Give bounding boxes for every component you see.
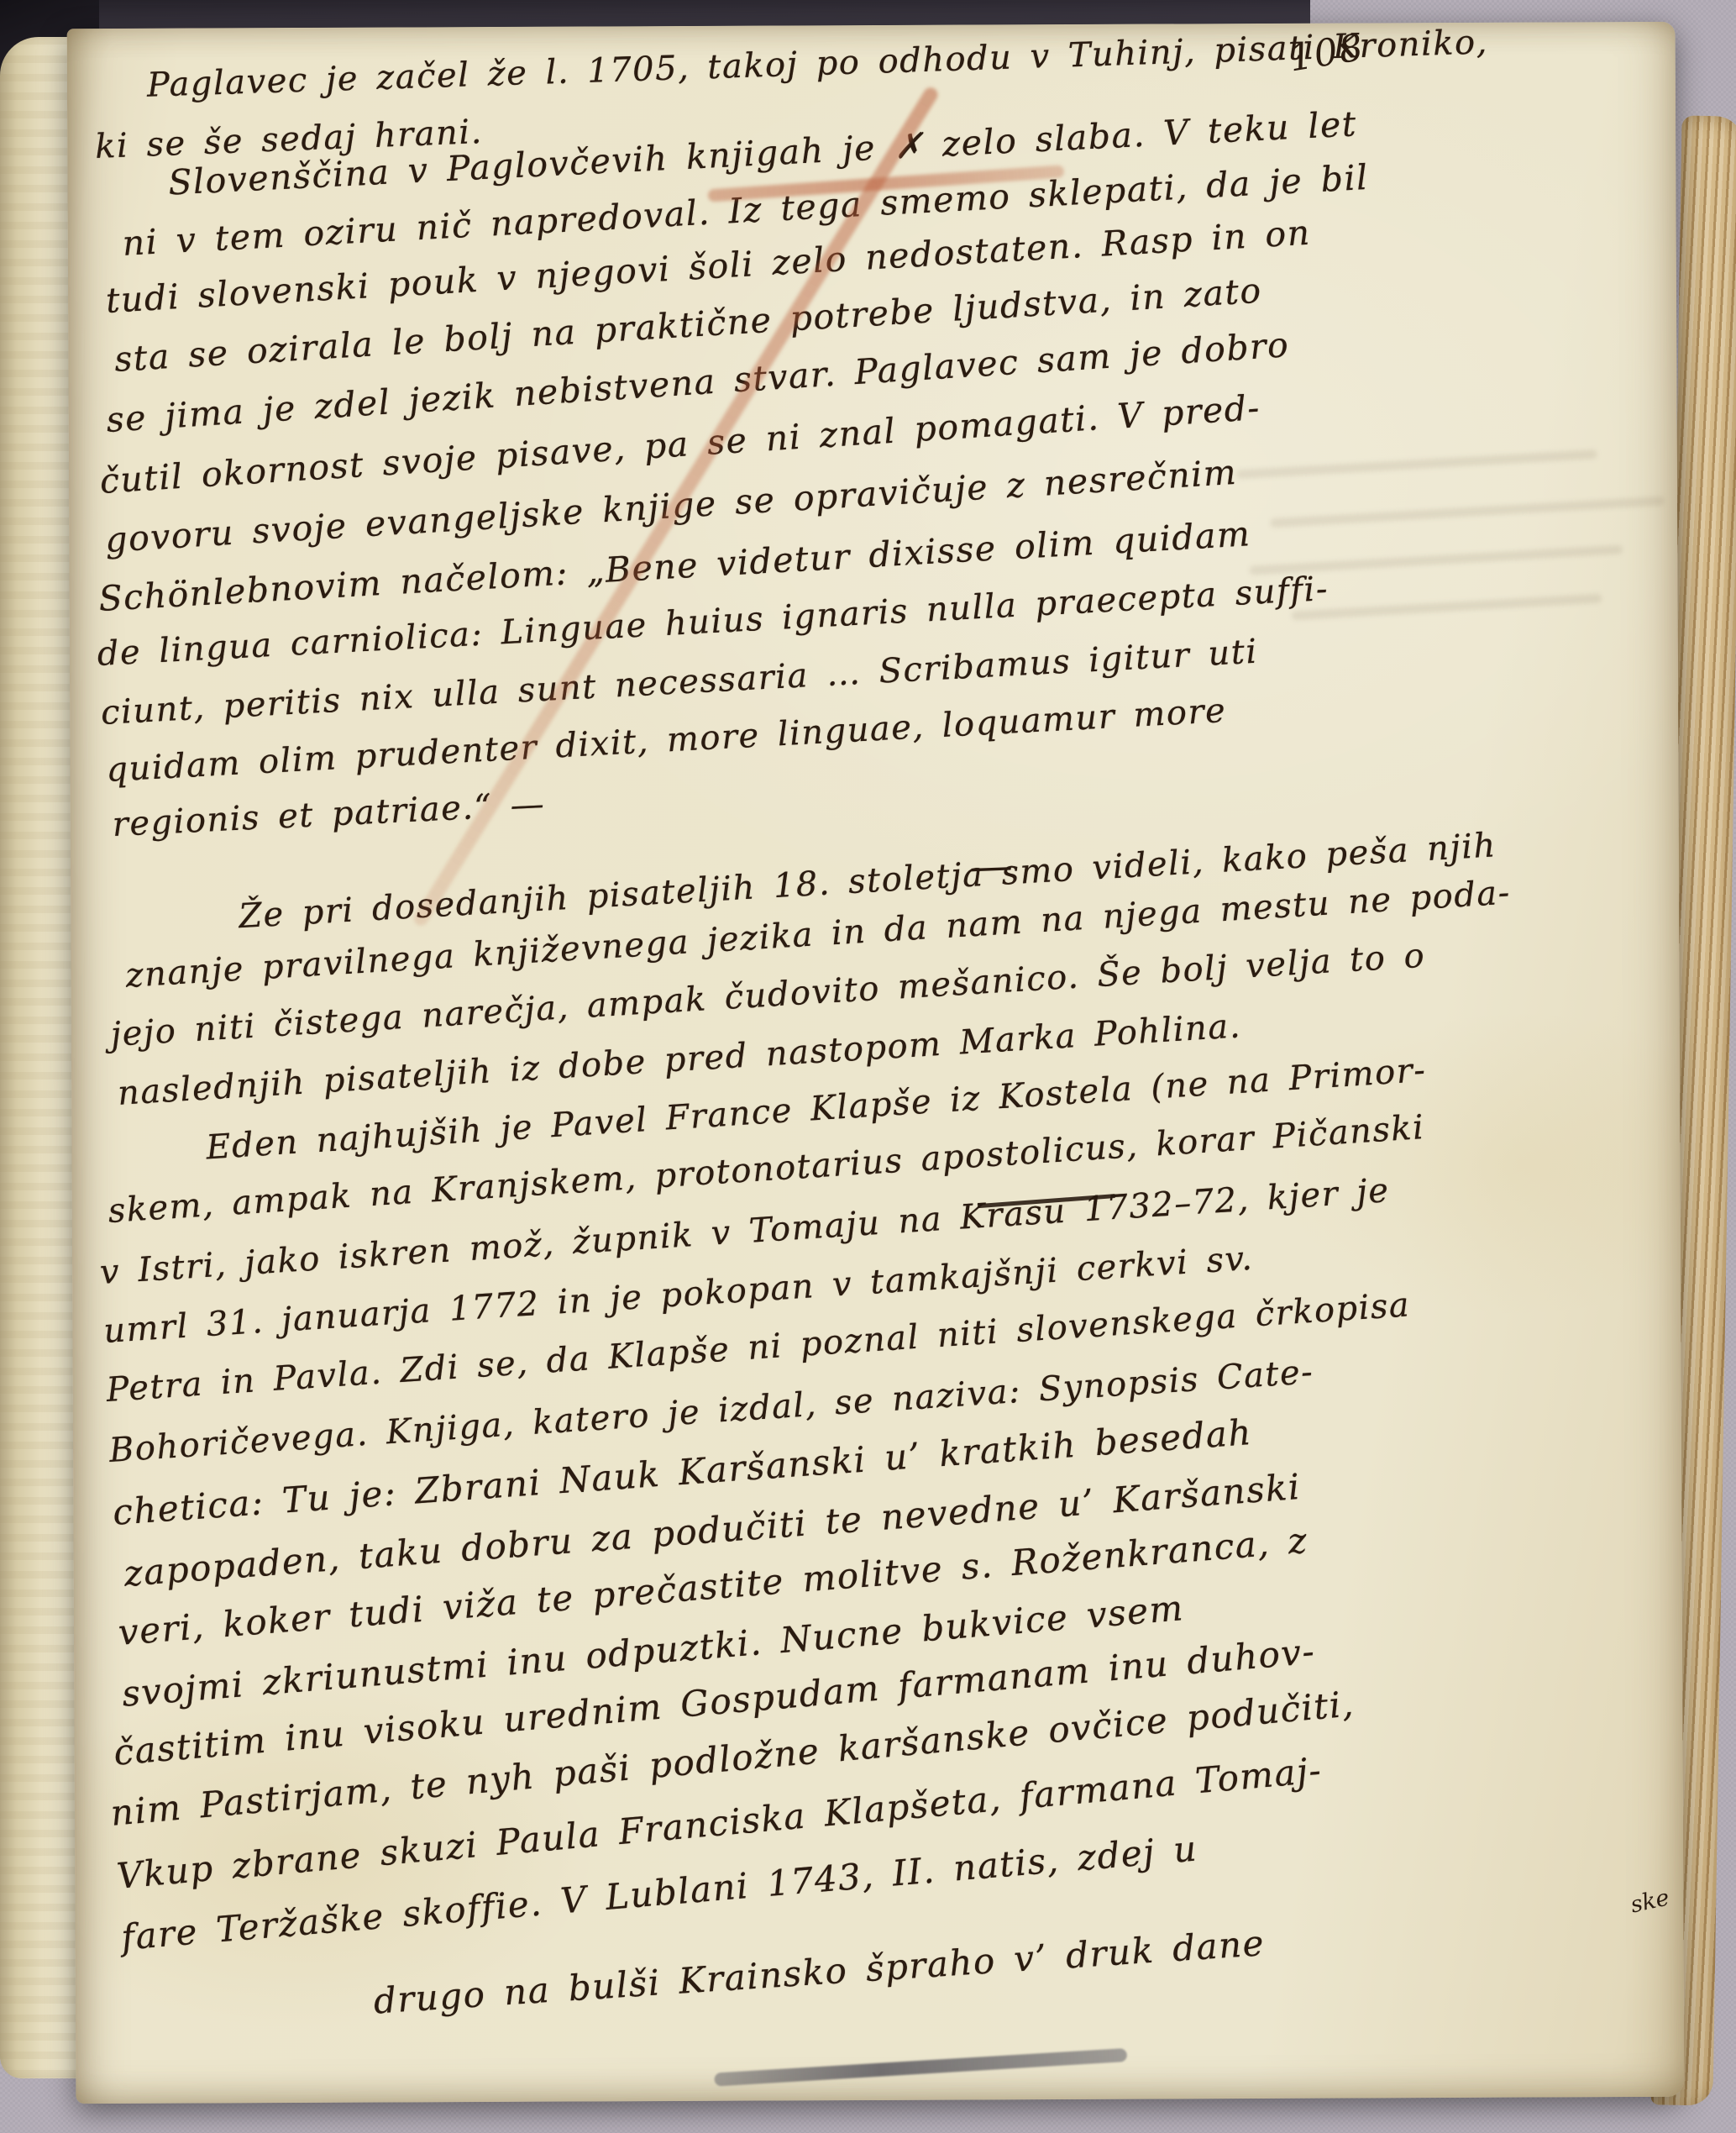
handwriting-line: Paglavec je začel že l. 1705, takoj po o…	[146, 23, 1488, 105]
handwriting-line: drugo na bulši Krainsko špraho v’ druk d…	[372, 1922, 1266, 2021]
superscript-ske: ske	[1628, 1884, 1672, 1918]
ink-bleedthrough-mark	[1270, 496, 1665, 528]
photo-of-manuscript: 108 Paglavec je začel že l. 1705, takoj …	[0, 0, 1736, 2133]
manuscript-page: 108 Paglavec je začel že l. 1705, takoj …	[67, 22, 1685, 2104]
ink-bleedthrough-mark	[1236, 449, 1597, 479]
ink-bleedthrough-mark	[1292, 594, 1602, 621]
paragraph-divider-dash: —	[968, 840, 1017, 892]
graphite-underline-mark	[714, 2048, 1127, 2087]
ink-bleedthrough-mark	[1249, 544, 1623, 575]
